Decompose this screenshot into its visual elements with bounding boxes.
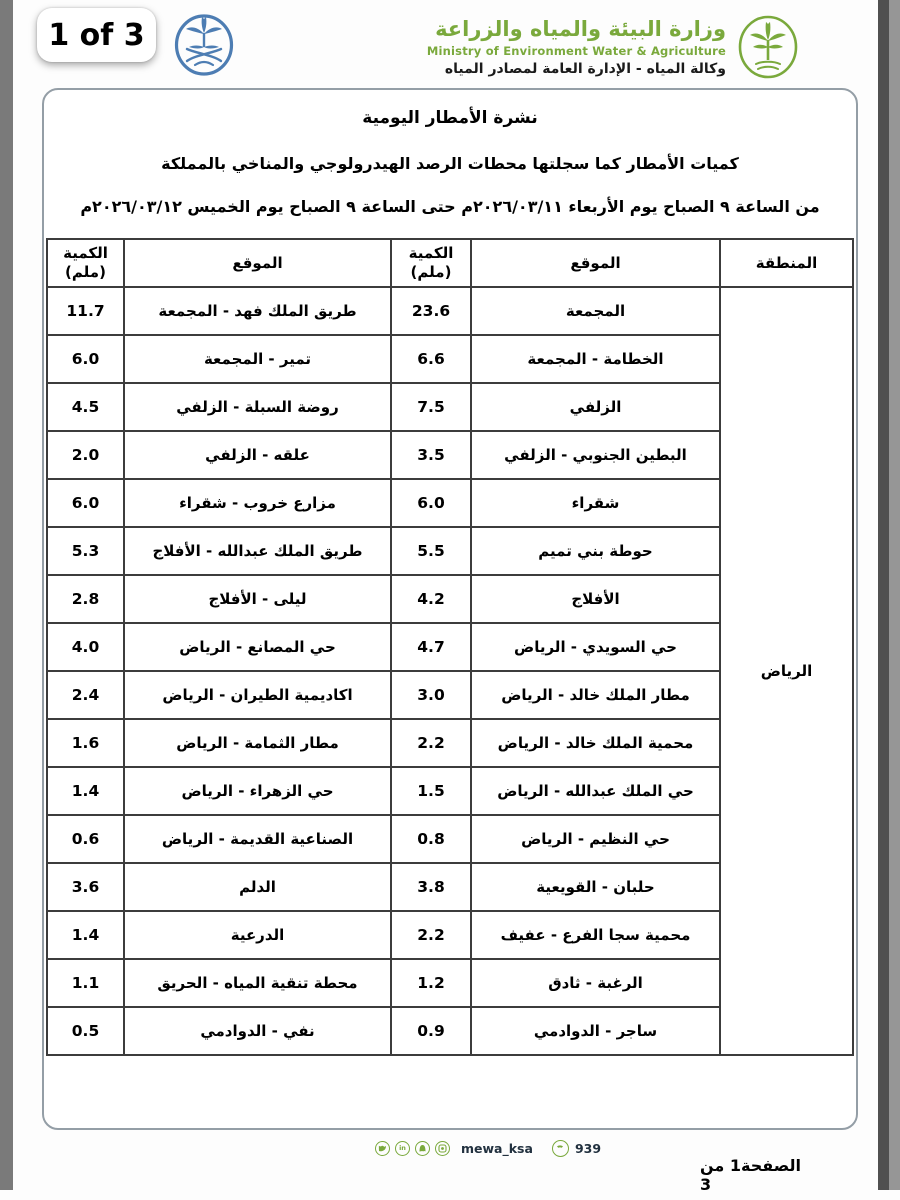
amount-cell: 0.8 [391,815,471,863]
location-cell: محمية سجا الفرع - عفيف [471,911,720,959]
amount-cell: 3.0 [391,671,471,719]
table-header-row: المنطقة الموقع الكمية(ملم) الموقع الكمية… [47,239,853,287]
amount-cell: 4.5 [47,383,124,431]
amount-cell: 0.6 [47,815,124,863]
bulletin-subtitle: كميات الأمطار كما سجلتها محطات الرصد اله… [44,154,856,173]
linkedin-icon[interactable]: in [395,1141,410,1156]
amount-cell: 3.5 [391,431,471,479]
location-cell: حي المصانع - الرياض [124,623,391,671]
location-cell: طريق الملك عبدالله - الأفلاج [124,527,391,575]
footer-social-bar: in mewa_ksa 939 [375,1140,601,1157]
location-cell: الزلفي [471,383,720,431]
ministry-name-arabic: وزارة البيئة والمياه والزراعة [435,17,726,42]
location-cell: الخطامة - المجمعة [471,335,720,383]
location-cell: حي الملك عبدالله - الرياض [471,767,720,815]
location-cell: طريق الملك فهد - المجمعة [124,287,391,335]
amount-cell: 2.8 [47,575,124,623]
location-cell: محمية الملك خالد - الرياض [471,719,720,767]
amount-cell: 6.0 [47,335,124,383]
location-cell: الصناعية القديمة - الرياض [124,815,391,863]
ministry-header: وزارة البيئة والمياه والزراعة Ministry o… [380,14,800,80]
location-cell: المجمعة [471,287,720,335]
rainfall-bulletin-page: { "viewer": { "page_badge": "1 of 3" }, … [0,0,900,1200]
viewer-left-edge [0,0,13,1190]
amount-cell: 0.5 [47,1007,124,1055]
table-row: الرياضالمجمعة23.6طريق الملك فهد - المجمع… [47,287,853,335]
rainfall-table: المنطقة الموقع الكمية(ملم) الموقع الكمية… [46,238,854,1056]
amount-cell: 11.7 [47,287,124,335]
amount-cell: 6.0 [391,479,471,527]
location-cell: مطار الملك خالد - الرياض [471,671,720,719]
location-cell: البطين الجنوبي - الزلفي [471,431,720,479]
amount-cell: 1.1 [47,959,124,1007]
viewer-scrollbar[interactable] [878,0,900,1190]
rain-table-body: الرياضالمجمعة23.6طريق الملك فهد - المجمع… [47,287,853,1055]
bulletin-title: نشرة الأمطار اليومية [44,108,856,128]
location-cell: حلبان - القويعية [471,863,720,911]
amount-cell: 6.0 [47,479,124,527]
location-cell: اكاديمية الطيران - الرياض [124,671,391,719]
location-cell: حي الزهراء - الرياض [124,767,391,815]
amount-cell: 1.4 [47,767,124,815]
location-cell: الدلم [124,863,391,911]
location-cell: الدرعية [124,911,391,959]
location-cell: محطة تنقية المياه - الحريق [124,959,391,1007]
amount-cell: 6.6 [391,335,471,383]
header-region: المنطقة [720,239,853,287]
twitter-icon[interactable] [375,1141,390,1156]
amount-cell: 5.5 [391,527,471,575]
header-location-right: الموقع [471,239,720,287]
location-cell: مطار الثمامة - الرياض [124,719,391,767]
phone-number: 939 [575,1141,601,1156]
amount-cell: 1.4 [47,911,124,959]
saudi-emblem-icon [173,13,235,77]
amount-cell: 7.5 [391,383,471,431]
location-cell: حوطة بني تميم [471,527,720,575]
location-cell: حي السويدي - الرياض [471,623,720,671]
ministry-name-english: Ministry of Environment Water & Agricult… [427,44,726,58]
amount-cell: 0.9 [391,1007,471,1055]
page-count-badge: 1 of 3 [37,8,156,62]
header-amount-left: الكمية(ملم) [47,239,124,287]
bulletin-card: نشرة الأمطار اليومية كميات الأمطار كما س… [42,88,858,1130]
location-cell: نفي - الدوادمي [124,1007,391,1055]
region-cell: الرياض [720,287,853,1055]
viewer-scrollbar-thumb[interactable] [878,0,889,1190]
amount-cell: 23.6 [391,287,471,335]
agency-line: وكالة المياه - الإدارة العامة لمصادر الم… [445,61,726,77]
instagram-icon[interactable] [435,1141,450,1156]
location-cell: ساجر - الدوادمي [471,1007,720,1055]
phone-icon [552,1140,569,1157]
amount-cell: 2.0 [47,431,124,479]
location-cell: روضة السبلة - الزلفي [124,383,391,431]
page-number-label: الصفحة1 من 3 [700,1156,810,1194]
amount-cell: 4.7 [391,623,471,671]
header-location-left: الموقع [124,239,391,287]
amount-cell: 5.3 [47,527,124,575]
location-cell: الرغبة - ثادق [471,959,720,1007]
location-cell: شقراء [471,479,720,527]
amount-cell: 1.6 [47,719,124,767]
location-cell: الأفلاج [471,575,720,623]
bulletin-period: من الساعة ٩ الصباح يوم الأربعاء ٢٠٢٦/٠٣/… [44,197,856,216]
location-cell: مزارع خروب - شقراء [124,479,391,527]
amount-cell: 1.2 [391,959,471,1007]
location-cell: علقه - الزلفي [124,431,391,479]
amount-cell: 4.0 [47,623,124,671]
amount-cell: 4.2 [391,575,471,623]
ministry-logo-icon [736,14,800,80]
location-cell: ليلى - الأفلاج [124,575,391,623]
amount-cell: 2.4 [47,671,124,719]
snapchat-icon[interactable] [415,1141,430,1156]
amount-cell: 2.2 [391,719,471,767]
location-cell: تمير - المجمعة [124,335,391,383]
header-amount-right: الكمية(ملم) [391,239,471,287]
amount-cell: 1.5 [391,767,471,815]
social-handle[interactable]: mewa_ksa [461,1141,533,1156]
amount-cell: 2.2 [391,911,471,959]
amount-cell: 3.6 [47,863,124,911]
amount-cell: 3.8 [391,863,471,911]
location-cell: حي النظيم - الرياض [471,815,720,863]
